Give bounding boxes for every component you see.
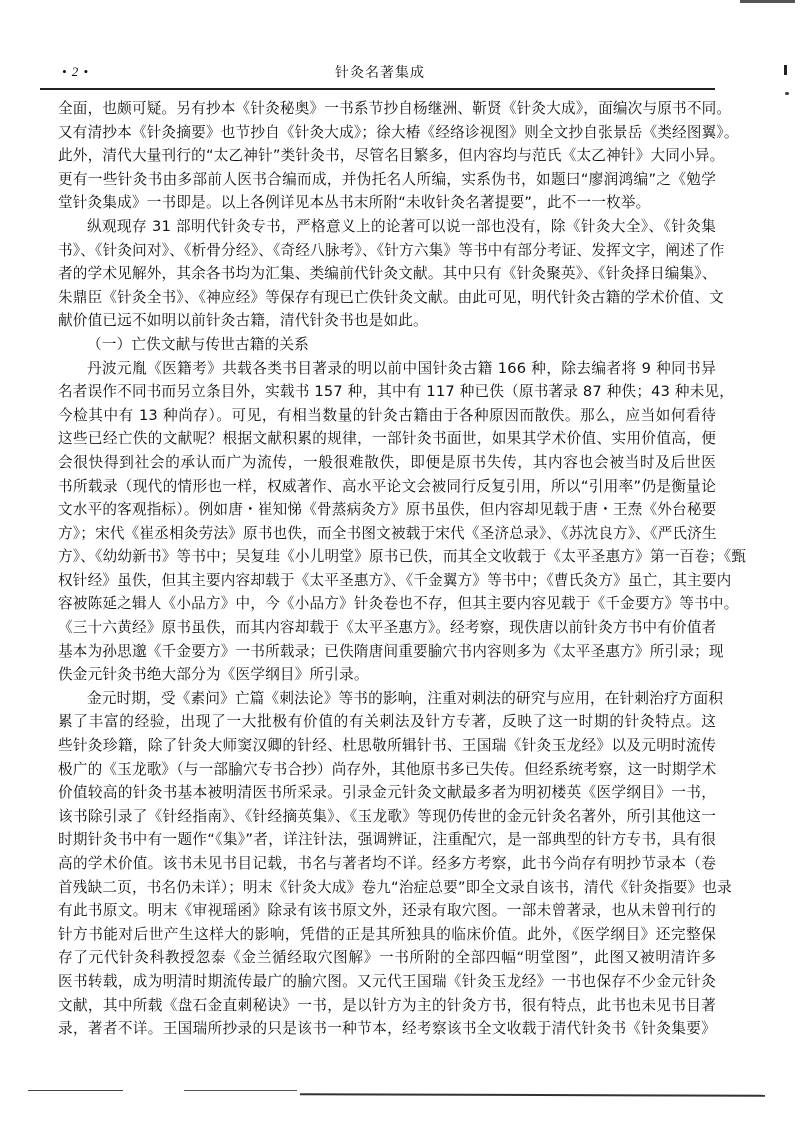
text-line: （一）亡佚文献与传世古籍的关系 xyxy=(58,333,716,357)
text-line: 书所载录（现代的情形也一样，权威著作、高水平论文会被同行反复引用，所以“引用率”… xyxy=(58,475,716,499)
text-line: 文水平的客观指标）。例如唐・崔知悌《骨蒸病灸方》原书虽佚，但内容却见载于唐・王焘… xyxy=(58,498,716,522)
text-line: 基本为孙思邈《千金要方》一书所载录；已佚隋唐间重要腧穴书内容则多为《太平圣惠方》… xyxy=(58,640,716,664)
text-line: 此外，清代大量刊行的“太乙神针”类针灸书，尽管名目繁多，但内容均与范氏《太乙神针… xyxy=(58,144,716,168)
text-line: 更有一些针灸书由多部前人医书合编而成，并伪托名人所编，实系伪书，如题曰“廖润鸿编… xyxy=(58,168,716,192)
text-line: 累了丰富的经验，出现了一大批极有价值的有关刺法及针方专著，反映了这一时期的针灸特… xyxy=(58,710,716,734)
text-line: 时期针灸书中有一题作“《集》”者，详注针法，强调辨证，注重配穴，是一部典型的针方… xyxy=(58,828,716,852)
text-line: 方》、《幼幼新书》等书中；吴复珪《小儿明堂》原书已佚，而其全文收载于《太平圣惠方… xyxy=(58,545,716,569)
text-line: 名者误作不同书而另立条目外，实载书 157 种，其中有 117 种已佚（原书著录… xyxy=(58,380,716,404)
text-line: 书》、《针灸问对》、《析骨分经》、《奇经八脉考》、《针方六集》等书中有部分考证、… xyxy=(58,239,716,263)
running-title: 针灸名著集成 xyxy=(40,62,720,82)
text-line: 者的学术见解外，其余各书均为汇集、类编前代针灸文献。其中只有《针灸聚英》、《针灸… xyxy=(58,262,716,286)
text-line: 医书转载，成为明清时期流传最广的腧穴图。又元代王国瑞《针灸玉龙经》一书也保存不少… xyxy=(58,970,716,994)
text-line: 权针经》虽佚，但其主要内容却载于《太平圣惠方》、《千金翼方》等书中；《曹氏灸方》… xyxy=(58,569,716,593)
page-header: • 2 • 针灸名著集成 xyxy=(40,60,720,86)
text-line: 丹波元胤《医籍考》共载各类书目著录的明以前中国针灸古籍 166 种，除去编者将 … xyxy=(58,357,716,381)
text-line: 价值较高的针灸书基本被明清医书所采录。引录金元针灸文献最多者为明初楼英《医学纲目… xyxy=(58,781,716,805)
text-line: 这些已经亡佚的文献呢？根据文献积累的规律，一部针灸书面世，如果其学术价值、实用价… xyxy=(58,427,716,451)
text-line: 献价值已远不如明以前针灸古籍，清代针灸书也是如此。 xyxy=(58,309,716,333)
text-line: 有此书原文。明末《审视瑶函》除录有该书原文外，还录有取穴图。一部未曾著录，也从未… xyxy=(58,899,716,923)
text-line: 堂针灸集成》一书即是。以上各例详见本丛书末所附“未收针灸名著提要”，此不一一枚举… xyxy=(58,191,716,215)
text-line: 全面，也颇可疑。另有抄本《针灸秘奥》一书系节抄自杨继洲、靳贤《针灸大成》，面编次… xyxy=(58,97,716,121)
text-line: 首残缺二页，书名仍未详）；明末《针灸大成》卷九“治症总要”即全文录自该书，清代《… xyxy=(58,876,716,900)
footer-rule xyxy=(28,1090,123,1091)
scan-artifact xyxy=(785,92,789,95)
text-line: 容被陈延之辑人《小品方》中，今《小品方》针灸卷也不存，但其主要内容见载于《千金要… xyxy=(58,592,716,616)
text-line: 些针灸珍籍，除了针灸大师窦汉卿的针经、杜思敬所辑针书、王国瑞《针灸玉龙经》以及元… xyxy=(58,734,716,758)
text-line: 会很快得到社会的承认而广为流传，一般很难散佚，即便是原书失传，其内容也会被当时及… xyxy=(58,451,716,475)
text-line: 存了元代针灸科教授忽泰《金兰循经取穴图解》一书所附的全部四幅“明堂图”，此图又被… xyxy=(58,946,716,970)
text-line: 今检其中有 13 种尚存）。可见，有相当数量的针灸古籍由于各种原因而散佚。那么，… xyxy=(58,404,716,428)
text-line: 该书除引录了《针经指南》、《针经摘英集》、《玉龙歌》等现仍传世的金元针灸名著外，… xyxy=(58,805,716,829)
text-line: 又有清抄本《针灸摘要》也节抄自《针灸大成》；徐大椿《经络诊视图》则全文抄自张景岳… xyxy=(58,121,716,145)
text-line: 朱鼎臣《针灸全书》、《神应经》等保存有现已亡佚针灸文献。由此可见，明代针灸古籍的… xyxy=(58,286,716,310)
text-line: 高的学术价值。该书未见书目记载，书名与著者均不详。经多方考察，此书今尚存有明抄节… xyxy=(58,852,716,876)
text-line: 《三十六黄经》原书虽佚，而其内容却载于《太平圣惠方》。经考察，现佚唐以前针灸方书… xyxy=(58,616,716,640)
text-line: 录，著者不详。王国瑞所抄录的只是该书一种节本，经考察该书全文收载于清代针灸书《针… xyxy=(58,1017,716,1041)
body-text: 全面，也颇可疑。另有抄本《针灸秘奥》一书系节抄自杨继洲、靳贤《针灸大成》，面编次… xyxy=(58,97,716,1041)
footer-rule xyxy=(184,1090,297,1091)
text-line: 佚金元针灸书绝大部分为《医学纲目》所引录。 xyxy=(58,663,716,687)
text-line: 方》；宋代《崔丞相灸劳法》原书也佚，而全书图文被载于宋代《圣济总录》、《苏沈良方… xyxy=(58,522,716,546)
text-line: 针方书能对后世产生这样大的影响，凭借的正是其所独具的临床价值。此外，《医学纲目》… xyxy=(58,923,716,947)
text-line: 极广的《玉龙歌》（与一部腧穴专书合抄）尚存外，其他原书多已失传。但经系统考察，这… xyxy=(58,758,716,782)
scan-artifact xyxy=(740,0,795,3)
text-line: 纵观现存 31 部明代针灸专书，严格意义上的论著可以说一部也没有，除《针灸大全》… xyxy=(58,215,716,239)
text-line: 文献，其中所载《盘石金直刺秘诀》一书，是以针方为主的针灸方书，很有特点，此书也未… xyxy=(58,994,716,1018)
footer-rule xyxy=(300,1093,765,1097)
text-line: 金元时期，受《素问》亡篇《刺法论》等书的影响，注重对刺法的研究与应用，在针刺治疗… xyxy=(58,687,716,711)
header-rule xyxy=(40,88,715,90)
scan-artifact xyxy=(784,65,787,75)
